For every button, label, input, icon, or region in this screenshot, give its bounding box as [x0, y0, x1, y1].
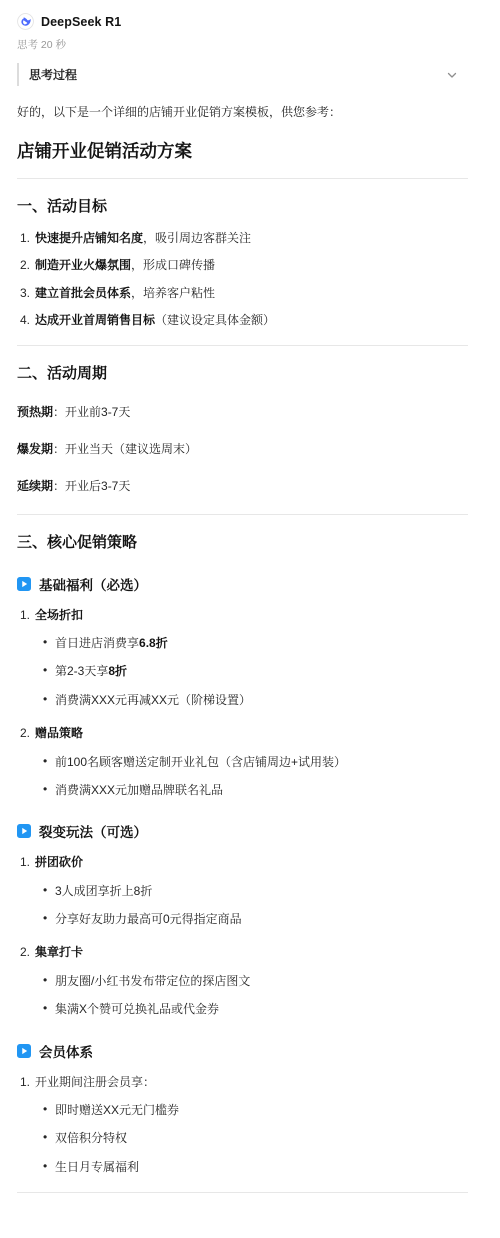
bullet-bold: 8折 [108, 664, 127, 678]
bullet-text: 第2-3天享 [55, 664, 108, 678]
assistant-message: DeepSeek R1 思考 20 秒 思考过程 好的，以下是一个详细的店铺开业… [0, 0, 500, 1238]
bullet-item: 集满X个赞可兑换礼品或代金券 [43, 1001, 468, 1018]
divider [17, 345, 468, 346]
list-item: 4.达成开业首周销售目标（建议设定具体金额） [20, 312, 468, 329]
bullet-text: 即时赠送XX元无门槛券 [55, 1103, 179, 1117]
deepseek-whale-icon [17, 13, 34, 30]
bullet-item: 分享好友助力最高可0元得指定商品 [43, 911, 468, 928]
bullet-item: 首日进店消费享6.8折 [43, 635, 468, 652]
subsection-heading: 裂变玩法（可选） [17, 821, 468, 841]
period-item: 爆发期：开业当天（建议选周末） [17, 440, 468, 457]
bullet-text: 分享好友助力最高可0元得指定商品 [55, 912, 242, 926]
bullet-list: 3人成团享折上8折 分享好友助力最高可0元得指定商品 [20, 883, 468, 929]
bullet-text: 集满X个赞可兑换礼品或代金券 [55, 1002, 219, 1016]
divider [17, 514, 468, 515]
list-item-text: 开业期间注册会员享： [35, 1075, 155, 1089]
period-item: 预热期：开业前3-7天 [17, 403, 468, 420]
bullet-text: 首日进店消费享 [55, 636, 139, 650]
subsection-title: 会员体系 [39, 1041, 93, 1061]
list-number: 2. [20, 726, 30, 740]
thinking-process-toggle[interactable]: 思考过程 [17, 63, 468, 86]
bullet-item: 前100名顾客赠送定制开业礼包（含店铺周边+试用装） [43, 754, 468, 771]
play-button-icon [17, 1044, 31, 1058]
period-item: 延续期：开业后3-7天 [17, 477, 468, 494]
list-item: 1.全场折扣 首日进店消费享6.8折 第2-3天享8折 消费满XXX元再减XX元… [20, 607, 468, 710]
list-item: 1.快速提升店铺知名度，吸引周边客群关注 [20, 230, 468, 247]
subsection-heading: 会员体系 [17, 1041, 468, 1061]
strategy-group-list: 1.全场折扣 首日进店消费享6.8折 第2-3天享8折 消费满XXX元再减XX元… [17, 607, 468, 800]
list-item-text: ，培养客户粘性 [131, 286, 215, 300]
bullet-text: 前100名顾客赠送定制开业礼包（含店铺周边+试用装） [55, 755, 346, 769]
list-item: 2.赠品策略 前100名顾客赠送定制开业礼包（含店铺周边+试用装） 消费满XXX… [20, 725, 468, 799]
bullet-bold: 6.8折 [139, 636, 168, 650]
play-button-icon [17, 577, 31, 591]
list-item-bold: 快速提升店铺知名度 [35, 231, 143, 245]
list-item: 2.制造开业火爆氛围，形成口碑传播 [20, 257, 468, 274]
strategy-group-list: 1.开业期间注册会员享： 即时赠送XX元无门槛券 双倍积分特权 生日月专属福利 [17, 1074, 468, 1177]
list-item-bold: 拼团砍价 [35, 855, 83, 869]
divider [17, 1192, 468, 1193]
period-value: ：开业后3-7天 [53, 479, 130, 493]
intro-text: 好的，以下是一个详细的店铺开业促销方案模板，供您参考： [17, 103, 468, 120]
goals-list: 1.快速提升店铺知名度，吸引周边客群关注 2.制造开业火爆氛围，形成口碑传播 3… [17, 230, 468, 330]
list-item-bold: 全场折扣 [35, 608, 83, 622]
bullet-text: 消费满XXX元再减XX元（阶梯设置） [55, 693, 251, 707]
play-button-icon [17, 824, 31, 838]
subsection-heading: 基础福利（必选） [17, 574, 468, 594]
thought-duration: 思考 20 秒 [17, 37, 468, 52]
bullet-list: 前100名顾客赠送定制开业礼包（含店铺周边+试用装） 消费满XXX元加赠品牌联名… [20, 754, 468, 800]
bullet-item: 双倍积分特权 [43, 1130, 468, 1147]
list-item-bold: 赠品策略 [35, 726, 83, 740]
list-item: 1.开业期间注册会员享： 即时赠送XX元无门槛券 双倍积分特权 生日月专属福利 [20, 1074, 468, 1177]
strategy-group-list: 1.拼团砍价 3人成团享折上8折 分享好友助力最高可0元得指定商品 2.集章打卡… [17, 854, 468, 1018]
bullet-item: 朋友圈/小红书发布带定位的探店图文 [43, 973, 468, 990]
period-value: ：开业当天（建议选周末） [53, 442, 197, 456]
list-item-bold: 建立首批会员体系 [35, 286, 131, 300]
list-number: 1. [20, 608, 30, 622]
bullet-item: 生日月专属福利 [43, 1159, 468, 1176]
doc-title: 店铺开业促销活动方案 [17, 138, 468, 163]
list-number: 1. [20, 231, 30, 245]
bullet-list: 朋友圈/小红书发布带定位的探店图文 集满X个赞可兑换礼品或代金券 [20, 973, 468, 1019]
list-item-bold: 集章打卡 [35, 945, 83, 959]
subsection-title: 裂变玩法（可选） [39, 821, 147, 841]
list-item-text: ，形成口碑传播 [131, 258, 215, 272]
bullet-text: 双倍积分特权 [55, 1131, 127, 1145]
list-number: 1. [20, 855, 30, 869]
section-heading-period: 二、活动周期 [17, 362, 468, 383]
bullet-item: 即时赠送XX元无门槛券 [43, 1102, 468, 1119]
period-label: 延续期 [17, 479, 53, 493]
list-item-bold: 达成开业首周销售目标 [35, 313, 155, 327]
list-number: 3. [20, 286, 30, 300]
bullet-item: 消费满XXX元加赠品牌联名礼品 [43, 782, 468, 799]
list-number: 4. [20, 313, 30, 327]
list-item: 2.集章打卡 朋友圈/小红书发布带定位的探店图文 集满X个赞可兑换礼品或代金券 [20, 944, 468, 1018]
message-header: DeepSeek R1 [17, 13, 468, 30]
list-number: 1. [20, 1075, 30, 1089]
bullet-list: 即时赠送XX元无门槛券 双倍积分特权 生日月专属福利 [20, 1102, 468, 1176]
bullet-text: 3人成团享折上8折 [55, 884, 152, 898]
list-item-bold: 制造开业火爆氛围 [35, 258, 131, 272]
list-number: 2. [20, 258, 30, 272]
model-name: DeepSeek R1 [41, 15, 121, 29]
bullet-list: 首日进店消费享6.8折 第2-3天享8折 消费满XXX元再减XX元（阶梯设置） [20, 635, 468, 709]
list-item-text: ，吸引周边客群关注 [143, 231, 251, 245]
list-item: 3.建立首批会员体系，培养客户粘性 [20, 285, 468, 302]
bullet-item: 第2-3天享8折 [43, 663, 468, 680]
section-heading-strategy: 三、核心促销策略 [17, 531, 468, 552]
list-item: 1.拼团砍价 3人成团享折上8折 分享好友助力最高可0元得指定商品 [20, 854, 468, 928]
period-label: 预热期 [17, 405, 53, 419]
list-number: 2. [20, 945, 30, 959]
bullet-text: 生日月专属福利 [55, 1160, 139, 1174]
chevron-down-icon [446, 69, 458, 81]
list-item-text: （建议设定具体金额） [155, 313, 275, 327]
section-heading-goals: 一、活动目标 [17, 195, 468, 216]
divider [17, 178, 468, 179]
thinking-process-label: 思考过程 [29, 66, 77, 83]
bullet-item: 3人成团享折上8折 [43, 883, 468, 900]
bullet-text: 消费满XXX元加赠品牌联名礼品 [55, 783, 223, 797]
period-value: ：开业前3-7天 [53, 405, 130, 419]
period-label: 爆发期 [17, 442, 53, 456]
subsection-title: 基础福利（必选） [39, 574, 147, 594]
bullet-item: 消费满XXX元再减XX元（阶梯设置） [43, 692, 468, 709]
bullet-text: 朋友圈/小红书发布带定位的探店图文 [55, 974, 250, 988]
